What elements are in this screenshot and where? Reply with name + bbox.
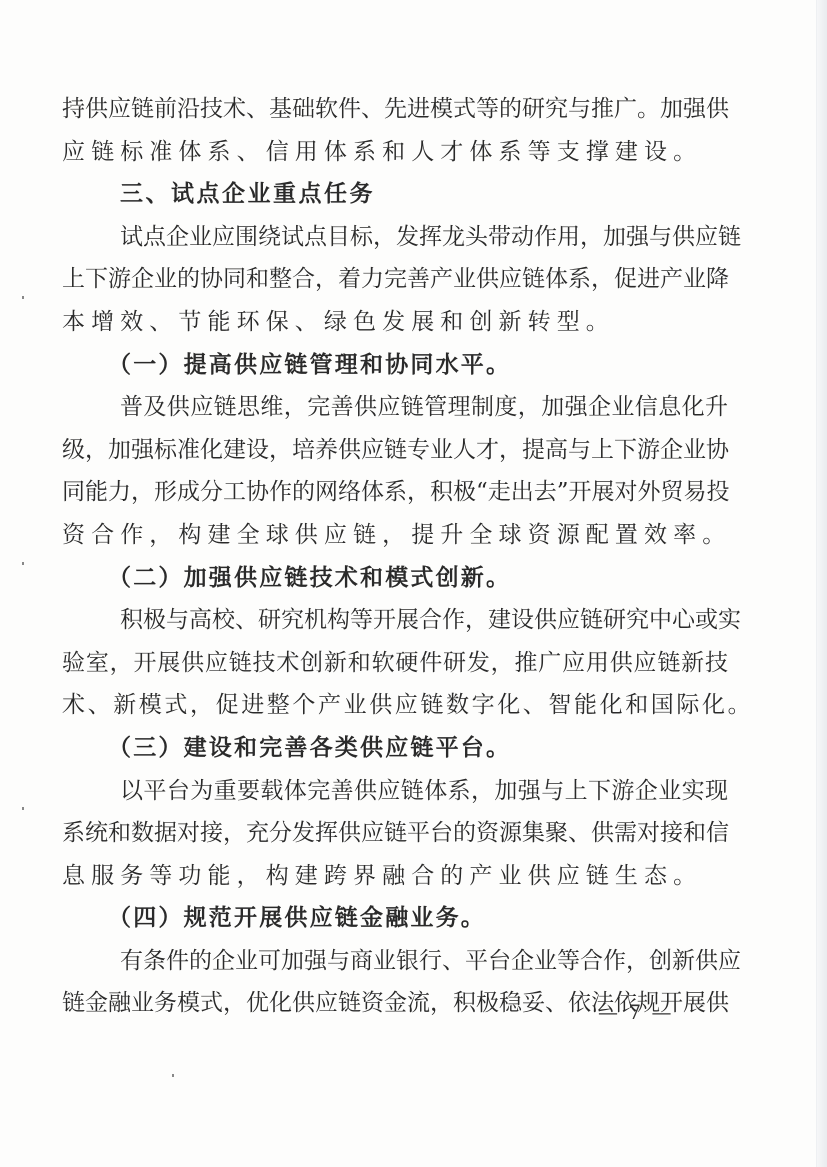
subsection-heading: （二）加强供应链技术和模式创新。 <box>62 557 728 600</box>
paragraph-line: 系统和数据对接，充分发挥供应链平台的资源集聚、供需对接和信 <box>62 812 728 855</box>
scan-speck <box>22 296 24 299</box>
page-number: — 7 — <box>598 1000 673 1024</box>
page-edge-shadow <box>816 0 827 1167</box>
paragraph-line: 有条件的企业可加强与商业银行、平台企业等合作，创新供应 <box>62 940 728 983</box>
paragraph-line: 以平台为重要载体完善供应链体系，加强与上下游企业实现 <box>62 770 728 813</box>
paragraph-line: 级，加强标准化建设，培养供应链专业人才，提高与上下游企业协 <box>62 429 728 472</box>
paragraph-line: 试点企业应围绕试点目标，发挥龙头带动作用，加强与供应链 <box>62 216 728 259</box>
paragraph-line: 验室，开展供应链技术创新和软硬件研发，推广应用供应链新技 <box>62 642 728 685</box>
paragraph-line: 同能力，形成分工协作的网络体系，积极“走出去”开展对外贸易投 <box>62 471 728 514</box>
paragraph-line: 持供应链前沿技术、基础软件、先进模式等的研究与推广。加强供 <box>62 88 728 131</box>
subsection-heading: （一）提高供应链管理和协同水平。 <box>62 344 728 387</box>
paragraph-line: 息服务等功能，构建跨界融合的产业供应链生态。 <box>62 855 728 898</box>
document-page: 持供应链前沿技术、基础软件、先进模式等的研究与推广。加强供 应链标准体系、信用体… <box>62 88 728 1025</box>
paragraph-line: 应链标准体系、信用体系和人才体系等支撑建设。 <box>62 131 728 174</box>
paragraph-line: 上下游企业的协同和整合，着力完善产业供应链体系，促进产业降 <box>62 258 728 301</box>
scan-speck <box>22 562 24 565</box>
scan-speck <box>172 1074 174 1077</box>
subsection-heading: （三）建设和完善各类供应链平台。 <box>62 727 728 770</box>
paragraph-line: 术、新模式，促进整个产业供应链数字化、智能化和国际化。 <box>62 684 728 727</box>
paragraph-line: 资合作，构建全球供应链，提升全球资源配置效率。 <box>62 514 728 557</box>
paragraph-line: 本增效、节能环保、绿色发展和创新转型。 <box>62 301 728 344</box>
subsection-heading: （四）规范开展供应链金融业务。 <box>62 897 728 940</box>
scan-speck <box>22 807 24 810</box>
paragraph-line: 普及供应链思维，完善供应链管理制度，加强企业信息化升 <box>62 386 728 429</box>
paragraph-line: 积极与高校、研究机构等开展合作，建设供应链研究中心或实 <box>62 599 728 642</box>
section-heading: 三、试点企业重点任务 <box>62 173 728 216</box>
